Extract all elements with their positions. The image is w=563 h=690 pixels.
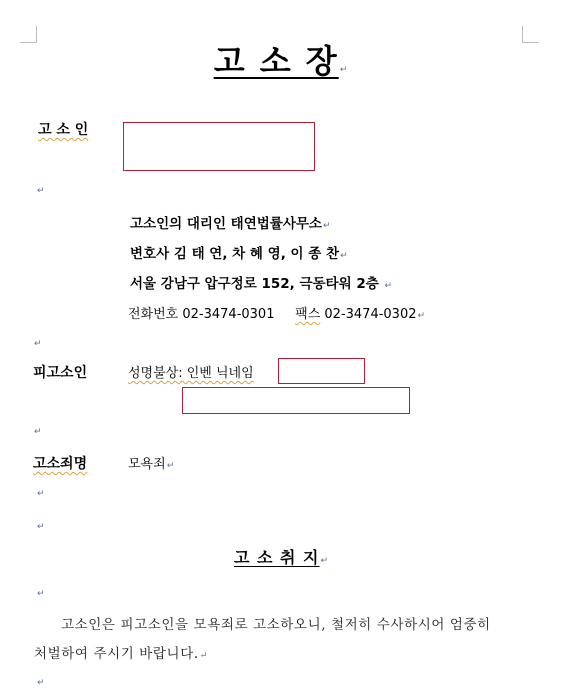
redaction-box-complainant bbox=[123, 122, 315, 171]
paragraph-mark-icon: ↵ bbox=[384, 281, 392, 291]
title-text: 고 소 장 bbox=[214, 42, 339, 80]
section-title-text: 고 소 취 지 bbox=[234, 548, 320, 567]
paragraph-mark-icon: ↵ bbox=[37, 186, 45, 196]
paragraph-mark-icon: ↵ bbox=[340, 65, 350, 75]
defendant-label[interactable]: 피고소인 bbox=[33, 362, 87, 382]
paragraph-mark-icon: ↵ bbox=[418, 311, 426, 321]
paragraph-mark-icon: ↵ bbox=[321, 556, 330, 566]
charge-label[interactable]: 고소죄명 bbox=[33, 453, 87, 473]
complainant-label[interactable]: 고 소 인 bbox=[38, 119, 88, 139]
agent-line-1-text: 고소인의 대리인 태연법률사무소 bbox=[130, 216, 322, 232]
paragraph-mark-icon: ↵ bbox=[34, 427, 42, 437]
paragraph-mark-icon: ↵ bbox=[37, 589, 45, 599]
purpose-paragraph-line-1-text: 고소인은 피고소인을 모욕죄로 고소하오니, 철저히 수사하시어 엄중히 bbox=[61, 617, 491, 633]
paragraph-mark-icon: ↵ bbox=[37, 489, 45, 499]
purpose-paragraph-line-1[interactable]: 고소인은 피고소인을 모욕죄로 고소하오니, 철저히 수사하시어 엄중히 bbox=[61, 613, 491, 633]
agent-address-text: 서울 강남구 압구정로 152, 극동타워 2층 bbox=[130, 276, 379, 292]
section-title-purpose[interactable]: 고 소 취 지↵ bbox=[0, 545, 563, 568]
fax-number: 02-3474-0302 bbox=[324, 307, 416, 322]
defendant-value-text: 성명불상: 인벤 닉네임 bbox=[128, 366, 254, 381]
agent-address[interactable]: 서울 강남구 압구정로 152, 극동타워 2층 ↵ bbox=[130, 272, 392, 292]
agent-line-2-text: 변호사 김 태 연, 차 혜 영, 이 종 찬 bbox=[130, 246, 339, 262]
defendant-value[interactable]: 성명불상: 인벤 닉네임 bbox=[128, 362, 254, 381]
fax-label: 팩스 bbox=[295, 307, 320, 322]
redaction-box-defendant-detail bbox=[182, 387, 410, 414]
paragraph-mark-icon: ↵ bbox=[37, 522, 45, 532]
purpose-paragraph-line-2-text: 처벌하여 주시기 바랍니다. bbox=[34, 646, 199, 662]
charge-value[interactable]: 모욕죄↵ bbox=[128, 453, 174, 472]
phone-number: 02-3474-0301 bbox=[182, 307, 274, 322]
agent-line-1[interactable]: 고소인의 대리인 태연법률사무소↵ bbox=[130, 212, 331, 232]
defendant-label-text: 피고소인 bbox=[33, 365, 87, 381]
agent-line-2[interactable]: 변호사 김 태 연, 차 혜 영, 이 종 찬↵ bbox=[130, 242, 348, 262]
charge-value-text: 모욕죄 bbox=[128, 457, 166, 472]
paragraph-mark-icon: ↵ bbox=[200, 651, 208, 661]
paragraph-mark-icon: ↵ bbox=[323, 221, 331, 231]
purpose-paragraph-line-2[interactable]: 처벌하여 주시기 바랍니다.↵ bbox=[34, 642, 208, 662]
paragraph-mark-icon: ↵ bbox=[340, 251, 348, 261]
redaction-box-defendant-nickname bbox=[278, 358, 365, 384]
agent-contact[interactable]: 전화번호 02-3474-0301 팩스 02-3474-0302↵ bbox=[128, 303, 425, 322]
document-title[interactable]: 고 소 장↵ bbox=[0, 36, 563, 82]
phone-label: 전화번호 bbox=[128, 307, 178, 322]
charge-label-text: 고소죄명 bbox=[33, 456, 87, 472]
paragraph-mark-icon: ↵ bbox=[34, 339, 42, 349]
complainant-label-text: 고 소 인 bbox=[38, 122, 88, 138]
paragraph-mark-icon: ↵ bbox=[167, 461, 175, 471]
paragraph-mark-icon: ↵ bbox=[37, 678, 45, 688]
